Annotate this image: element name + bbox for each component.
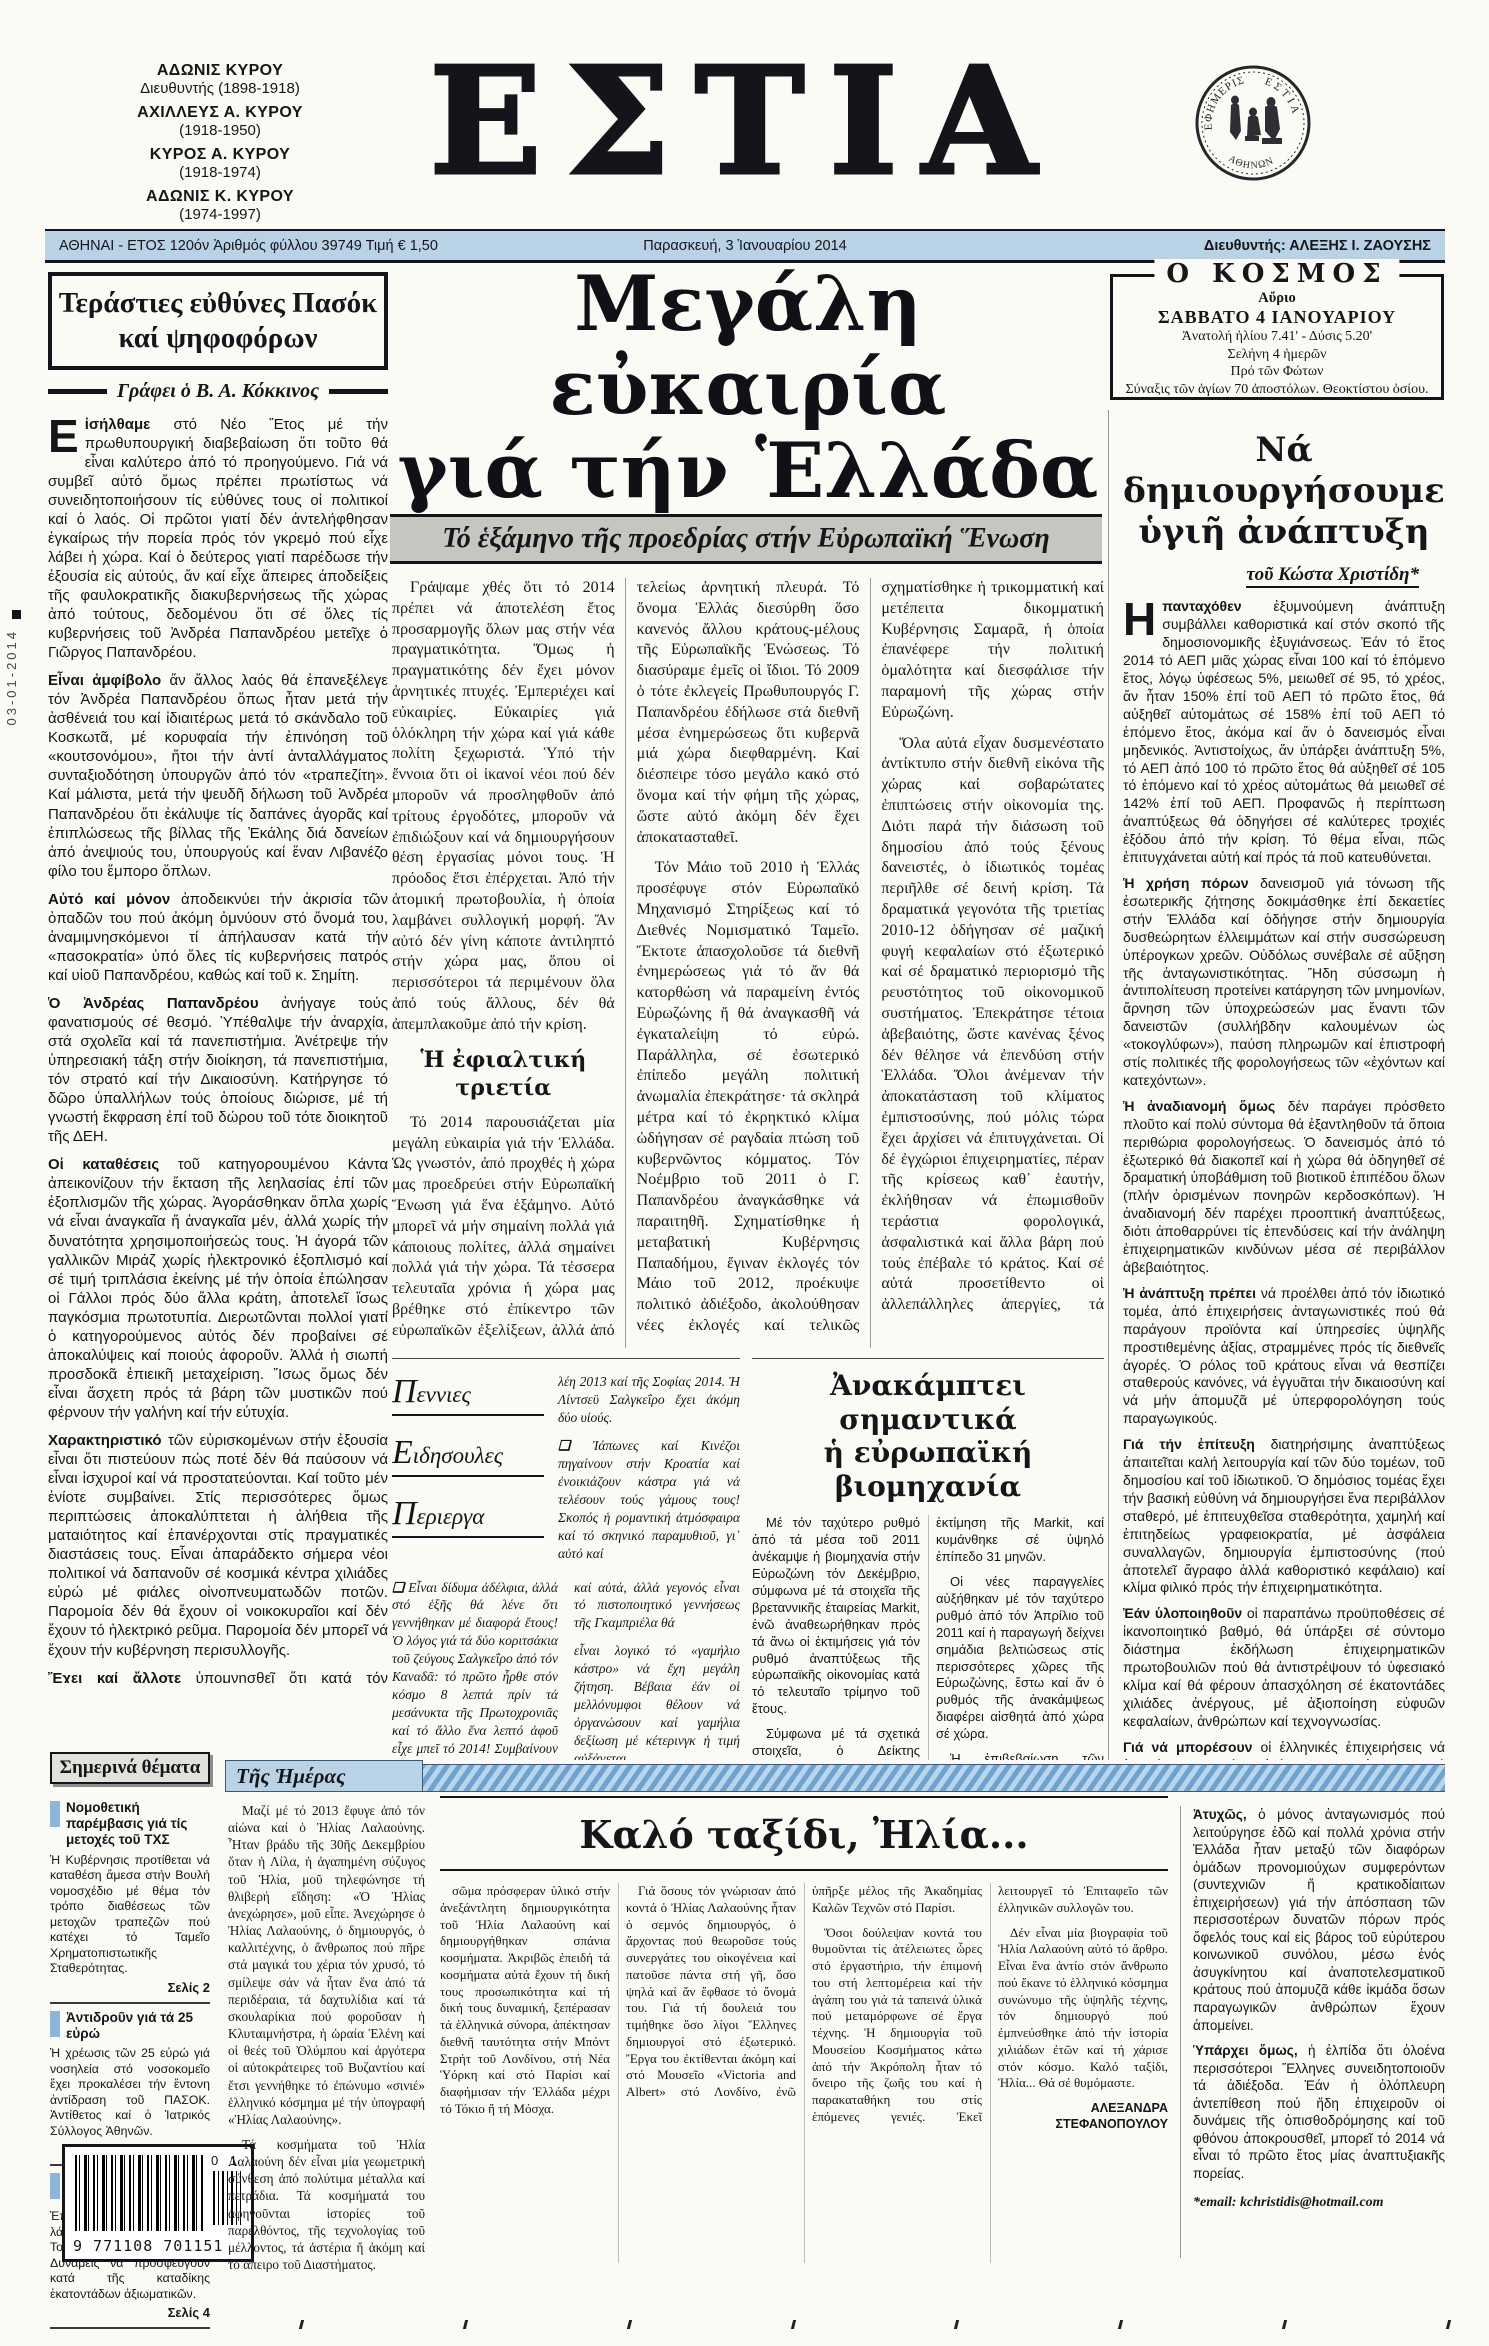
paragraph-text: στό Νέο Ἔτος μέ τήν πρωθυπουργική διαβεβ…	[48, 416, 388, 662]
article-paragraph: Ἡ ἐπιβεβαίωση τῶν στοιχείων ἐνισχύει τίς…	[936, 1751, 1104, 1760]
right-headline-line1: Νά δημιουργήσουμε	[1123, 430, 1445, 512]
pennies-continuation: ❑ Εἶναι δίδυμα ἀδέλφια, ἀλλά στό ἑξῆς θά…	[392, 1579, 740, 1760]
column-paragraph: Τά κοσμήματα τοῦ Ἠλία Λαλαούνη δέν εἶναι…	[228, 2136, 425, 2273]
pennies-item: λέη 2013 καί τῆς Σοφίας 2014. Ἡ Λίντσεϋ …	[558, 1373, 740, 1427]
spine-mark	[12, 610, 21, 619]
right-editorial-body: Ηπανταχόθεν ἐξυμνούμενη ἀνάπτυξη συμβάλλ…	[1123, 598, 1445, 1760]
editorial-paragraph: Αὐτό καί μόνον ἀποδεικνύει τήν ἀκρισία τ…	[48, 890, 388, 985]
kosmos-calendar-box: Ο ΚΟΣΜΟΣ Αὔριο ΣΑΒΒΑΤΟ 4 ΙΑΝΟΥΑΡΙΟΥ Ἀνατ…	[1110, 274, 1444, 400]
barcode-digits: 9 771108 701151	[73, 2237, 223, 2255]
spine-date-text: 03-01-2014	[4, 629, 19, 726]
paragraph-lead: Ὁ Ἀνδρέας Παπανδρέου	[48, 995, 259, 1012]
founder-dates: (1974-1997)	[55, 206, 385, 223]
barcode-bars-icon	[75, 2155, 203, 2231]
newspaper-front-page: ΑΔΩΝΙΣ ΚΥΡΟΥ Διευθυντής (1898-1918) ΑΧΙΛ…	[0, 0, 1489, 2346]
editorial-paragraph: Οἱ καταθέσεις τοῦ κατηγορουμένου Κάντα ἀ…	[48, 1155, 388, 1422]
founder-name: ΑΔΩΝΙΣ ΚΥΡΟΥ	[55, 62, 385, 80]
dropcap: Ε	[48, 418, 79, 456]
author-email: *email: kchristidis@hotmail.com	[1193, 2194, 1445, 2212]
main-article-body: Γράψαμε χθές ὅτι τό 2014 πρέπει νά ἀποτε…	[392, 578, 1104, 1348]
pennies-item: εἶναι λογικό τό «γαμήλιο κάστρο» νά ἔχη …	[574, 1642, 740, 1760]
article-byline: ΑΛΕΞΑΝΔΡΑ ΣΤΕΦΑΝΟΠΟΥΛΟΥ	[998, 2100, 1168, 2132]
editorial-paragraph: Ἡ ἀναδιανομή ὅμως δέν παράγει πρόσθετο π…	[1123, 1098, 1445, 1277]
kosmos-line: Ἀνατολή ἡλίου 7.41' - Δύσις 5.20'	[1113, 328, 1441, 346]
main-subhead-bar: Τό ἑξάμηνο τῆς προεδρίας στήν Εὐρωπαϊκή …	[390, 514, 1102, 564]
topic-item: Ἀντιδροῦν γιά τά 25 εὐρώ Ἡ χρέωσις τῶν 2…	[50, 2004, 210, 2167]
left-editorial-byline: Γράφει ὁ Β. Α. Κόκκινος	[48, 380, 388, 403]
right-editorial-column: Νά δημιουργήσουμε ὑγιῆ ἀνάπτυξη τοῦ Κώστ…	[1108, 410, 1445, 1760]
topic-body: Ἡ Κυβέρνησις προτίθεται νά καταθέση ἄμεσ…	[50, 1853, 210, 1977]
founder-name: ΑΧΙΛΛΕΥΣ Α. ΚΥΡΟΥ	[55, 104, 385, 122]
kosmos-title: Ο ΚΟΣΜΟΣ	[1154, 259, 1399, 289]
editorial-paragraph: Ἡ χρήση πόρων δανεισμοῦ γιά τόνωση τῆς ἐ…	[1123, 875, 1445, 1090]
left-editorial-body: Εἰσήλθαμε στό Νέο Ἔτος μέ τήν πρωθυπουργ…	[48, 415, 388, 1683]
article-paragraph: Δέν εἶναι μία βιογραφία τοῦ Ἠλία Λαλαούν…	[998, 1925, 1168, 2093]
pennies-item: ❑ Ἰάπωνες καί Κινέζοι πηγαίνουν στήν Κρο…	[558, 1437, 740, 1563]
paragraph-lead: Ἡ ἀνάπτυξη πρέπει	[1123, 1285, 1256, 1301]
paragraph-lead: Αὐτό καί μόνον	[48, 891, 170, 908]
paragraph-lead: Γιά τήν ἐπίτευξη	[1123, 1436, 1255, 1452]
column-paragraph: Μαζί μέ τό 2013 ἔφυγε ἀπό τόν αἰώνα καί …	[228, 1802, 425, 2128]
blue-square-icon	[50, 2011, 60, 2037]
article-paragraph: Μέ τόν ταχύτερο ρυθμό ἀπό τά μέσα τοῦ 20…	[752, 1515, 920, 1718]
editorial-paragraph: Εἶναι ἀμφίβολο ἄν ἄλλος λαός θά ἐπανεξέλ…	[48, 671, 388, 881]
editorial-paragraph: Ὁ Ἀνδρέας Παπανδρέου ἀνήγαγε τούς φανατι…	[48, 994, 388, 1146]
paragraph-lead: Ἡ ἀναδιανομή ὅμως	[1123, 1098, 1275, 1114]
left-editorial-column: Τεράστιες εὐθύνες Πασόκ καί ψηφοφόρων Γρ…	[48, 272, 388, 1683]
founder-name: ΚΥΡΟΣ Α. ΚΥΡΟΥ	[55, 146, 385, 164]
paragraph-lead: Γιά νά μπορέσουν	[1123, 1739, 1252, 1755]
blue-square-icon	[50, 1801, 60, 1827]
editorial-paragraph: Ἡ ἀνάπτυξη πρέπει νά προέλθει ἀπό τόν ἰδ…	[1123, 1285, 1445, 1428]
emblem-base-text: ΑΘΗΝΩΝ	[1226, 153, 1276, 171]
paragraph-text: διατηρήσιμης ἀναπτύξεως ἀπαιτεῖται καλή …	[1123, 1436, 1445, 1595]
paragraph-lead: πανταχόθεν	[1162, 598, 1241, 614]
paragraph-lead: Εἶναι ἀμφίβολο	[48, 672, 161, 689]
kosmos-line: Σελήνη 4 ἡμερῶν	[1113, 346, 1441, 364]
tis-imeras-column: Μαζί μέ τό 2013 ἔφυγε ἀπό τόν αἰώνα καί …	[228, 1802, 425, 2300]
paragraph-lead: Ὑπάρχει ὅμως,	[1193, 2043, 1298, 2058]
byline-text: τοῦ Κώστα Χριστίδη*	[1246, 564, 1419, 588]
paragraph-text: ἄν ἄλλος λαός θά ἐπανεξέλεγε τόν Ἀνδρέα …	[48, 672, 388, 879]
paragraph-lead: Ἔχει καί ἄλλοτε	[48, 1670, 181, 1683]
paragraph-text: τοῦ κατηγορουμένου Κάντα ἀπεικονίζουν τή…	[48, 1156, 388, 1421]
main-headline-line1: Μεγάλη εὐκαιρία	[393, 262, 1103, 429]
topics-header: Σημερινά θέματα	[50, 1752, 210, 1784]
director-credit: Διευθυντής: ΑΛΕΞΗΣ Ι. ΖΑΟΥΣΗΣ	[1204, 238, 1431, 254]
spine-date: 03-01-2014	[4, 610, 28, 726]
date-bar: ΑΘΗΝΑΙ - ΕΤΟΣ 120όν Ἀριθμός φύλλου 39749…	[45, 229, 1445, 263]
topic-title: Νομοθετική παρέμβασις γιά τίς μετοχές το…	[50, 1800, 210, 1848]
right-editorial-continuation: Ἀτυχῶς, ὁ μόνος ἀνταγωνισμός πού λειτούρ…	[1180, 1806, 1445, 2258]
left-editorial-headline: Τεράστιες εὐθύνες Πασόκ καί ψηφοφόρων	[48, 272, 388, 370]
founder-dates: (1918-1950)	[55, 122, 385, 139]
paragraph-lead: Οἱ καταθέσεις	[48, 1156, 159, 1173]
paragraph-text: ἀνήγαγε τούς φανατισμούς σέ θεσμό. Ὑπέθα…	[48, 995, 388, 1145]
industry-article: Ἀνακάμπτει σημαντικά ἡ εὐρωπαϊκή βιομηχα…	[752, 1358, 1104, 1760]
article-paragraph: Οἱ νέες παραγγελίες αὐξήθηκαν μέ τόν ταχ…	[936, 1574, 1104, 1743]
paragraph-lead: Χαρακτηριστικό	[48, 1432, 162, 1449]
editorial-paragraph: Ἀτυχῶς, ὁ μόνος ἀνταγωνισμός πού λειτούρ…	[1193, 1806, 1445, 2034]
square-bullet-icon: ❑	[392, 1580, 404, 1595]
editorial-paragraph: Εἰσήλθαμε στό Νέο Ἔτος μέ τήν πρωθυπουργ…	[48, 415, 388, 663]
pennies-column: λέη 2013 καί τῆς Σοφίας 2014. Ἡ Λίντσεϋ …	[558, 1373, 740, 1573]
topic-body: Ἡ χρέωσις τῶν 25 εὐρώ γιά νοσηλεία στό ν…	[50, 2046, 210, 2139]
editorial-paragraph: Γιά νά μπορέσουν οἱ ἑλληνικές ἐπιχειρήσε…	[1123, 1739, 1445, 1760]
paragraph-text: ἡ ἐλπίδα ὅτι ὁλοένα περισσότεροι Ἕλληνες…	[1193, 2043, 1445, 2181]
paragraph-lead: ἰσήλθαμε	[85, 416, 151, 433]
paragraph-lead: Ἡ χρήση πόρων	[1123, 875, 1249, 891]
founder-dates: (1918-1974)	[55, 164, 385, 181]
pennies-section: Πεννιες Ειδησουλες Περιεργα λέη 2013 καί…	[392, 1358, 740, 1760]
byline-text: Γράφει ὁ Β. Α. Κόκκινος	[117, 380, 319, 403]
right-editorial-byline: τοῦ Κώστα Χριστίδη*	[1123, 564, 1419, 586]
topic-item: Νομοθετική παρέμβασις γιά τίς μετοχές το…	[50, 1794, 210, 2004]
kosmos-line: Σύναξις τῶν ἁγίων 70 ἀποστόλων. Θεοκτίστ…	[1113, 381, 1441, 399]
article-crosshead: Ἡ ἐφιαλτική τριετία	[392, 1046, 615, 1103]
pennies-header: Πεννιες Ειδησουλες Περιεργα	[392, 1373, 544, 1573]
tis-imeras-label: Τῆς Ἡμέρας	[225, 1760, 423, 1792]
paragraph-text: ὁ μόνος ἀνταγωνισμός πού λειτούργησε ἐδῶ…	[1193, 1807, 1445, 2033]
emblem-figures-icon	[1230, 96, 1282, 145]
founder-name: ΑΔΩΝΙΣ Κ. ΚΥΡΟΥ	[55, 188, 385, 206]
topic-page-ref: Σελίς 2	[50, 1980, 210, 1995]
kalo-taxidi-headline: Καλό ταξίδι, Ἠλία...	[440, 1812, 1168, 1857]
editorial-paragraph: Γιά τήν ἐπίτευξη διατηρήσιμης ἀναπτύξεως…	[1123, 1436, 1445, 1597]
main-headline: Μεγάλη εὐκαιρία γιά τήν Ἑλλάδα	[393, 262, 1103, 513]
industry-headline-line1: Ἀνακάμπτει σημαντικά	[752, 1369, 1104, 1436]
article-paragraph: σῶμα πρόσφεραν ὑλικό στήν ἀνεξάντλητη δη…	[440, 1883, 610, 2118]
kosmos-line: ΣΑΒΒΑΤΟ 4 ΙΑΝΟΥΑΡΙΟΥ	[1113, 307, 1441, 328]
paragraph-lead: Ἀτυχῶς,	[1193, 1807, 1247, 1822]
right-editorial-headline: Νά δημιουργήσουμε ὑγιῆ ἀνάπτυξη	[1123, 430, 1445, 552]
paragraph-text: δέν παράγει πρόσθετο πλοῦτο καί πολύ σύν…	[1123, 1098, 1445, 1275]
dropcap: Η	[1123, 601, 1156, 639]
paragraph-text: οἱ παραπάνω προϋποθέσεις σέ ἱκανοποιητικ…	[1123, 1605, 1445, 1728]
editorial-paragraph: Ὑπάρχει ὅμως, ἡ ἐλπίδα ὅτι ὁλοένα περισσ…	[1193, 2042, 1445, 2182]
pennies-item-text: Ἰάπωνες καί Κινέζοι πηγαίνουν στήν Κροατ…	[558, 1438, 740, 1561]
kosmos-line: Αὔριο	[1113, 290, 1441, 307]
newspaper-logo: ΕΣΤΙΑ	[380, 42, 1110, 202]
right-headline-line2: ὑγιῆ ἀνάπτυξη	[1123, 512, 1445, 553]
pennies-title-word: Ειδησουλες	[392, 1434, 544, 1477]
square-bullet-icon: ❑	[558, 1438, 570, 1453]
paragraph-lead: Ἐάν ὑλοποιηθοῦν	[1123, 1605, 1242, 1621]
editorial-paragraph: Ἐάν ὑλοποιηθοῦν οἱ παραπάνω προϋποθέσεις…	[1123, 1605, 1445, 1730]
pennies-title-word: Περιεργα	[392, 1495, 544, 1538]
print-marks	[300, 2320, 1450, 2329]
industry-headline-line2: ἡ εὐρωπαϊκή βιομηχανία	[752, 1436, 1104, 1503]
issue-barcode: 0 1 9 771108 701151	[62, 2144, 254, 2262]
main-headline-line2: γιά τήν Ἑλλάδα	[393, 429, 1103, 513]
paragraph-text: νά προέλθει ἀπό τόν ἰδιωτικό τομέα, ἀπό …	[1123, 1285, 1445, 1426]
topic-page-ref: Σελίς 4	[50, 2305, 210, 2320]
paragraph-text: τῶν εὑρισκομένων στήν ἐξουσία εἶναι ὅτι …	[48, 1432, 388, 1659]
svg-text:ΑΘΗΝΩΝ: ΑΘΗΝΩΝ	[1226, 153, 1276, 171]
topic-title-text: Νομοθετική παρέμβασις γιά τίς μετοχές το…	[66, 1800, 210, 1848]
paragraph-text: δανεισμοῦ γιά τόνωση τῆς ἐσωτερικῆς ζήτη…	[1123, 875, 1445, 1088]
founder-dates: Διευθυντής (1898-1918)	[55, 80, 385, 97]
founders-list: ΑΔΩΝΙΣ ΚΥΡΟΥ Διευθυντής (1898-1918) ΑΧΙΛ…	[55, 62, 385, 230]
kosmos-line: Πρό τῶν Φώτων	[1113, 363, 1441, 381]
kalo-taxidi-body: σῶμα πρόσφεραν ὑλικό στήν ἀνεξάντλητη δη…	[440, 1869, 1168, 2263]
topic-title: Ἀντιδροῦν γιά τά 25 εὐρώ	[50, 2010, 210, 2042]
article-paragraph: Γράψαμε χθές ὅτι τό 2014 πρέπει νά ἀποτε…	[392, 578, 615, 1036]
byline-rule	[48, 389, 107, 394]
pennies-title-word: Πεννιες	[392, 1373, 544, 1416]
headline-rule	[440, 1796, 1168, 1798]
blue-square-icon	[50, 2173, 60, 2199]
editorial-paragraph: Ηπανταχόθεν ἐξυμνούμενη ἀνάπτυξη συμβάλλ…	[1123, 598, 1445, 867]
newspaper-emblem-seal-icon: ΕΦΗΜΕΡΙΣ ΕΣΤΙΑ ΑΘΗΝΩΝ	[1190, 60, 1316, 186]
byline-rule	[329, 389, 388, 394]
paragraph-text: ἐξυμνούμενη ἀνάπτυξη συμβάλλει καθοριστι…	[1123, 598, 1445, 865]
editorial-paragraph: Χαρακτηριστικό τῶν εὑρισκομένων στήν ἐξο…	[48, 1431, 388, 1660]
topic-title-text: Ἀντιδροῦν γιά τά 25 εὐρώ	[66, 2010, 210, 2042]
editorial-paragraph: Ἔχει καί ἄλλοτε ὑπομνησθεῖ ὅτι κατά τόν …	[48, 1669, 388, 1683]
industry-headline: Ἀνακάμπτει σημαντικά ἡ εὐρωπαϊκή βιομηχα…	[752, 1369, 1104, 1503]
industry-body: Μέ τόν ταχύτερο ρυθμό ἀπό τά μέσα τοῦ 20…	[752, 1515, 1104, 1760]
kalo-taxidi-article: Καλό ταξίδι, Ἠλία... σῶμα πρόσφεραν ὑλικ…	[440, 1796, 1168, 2263]
